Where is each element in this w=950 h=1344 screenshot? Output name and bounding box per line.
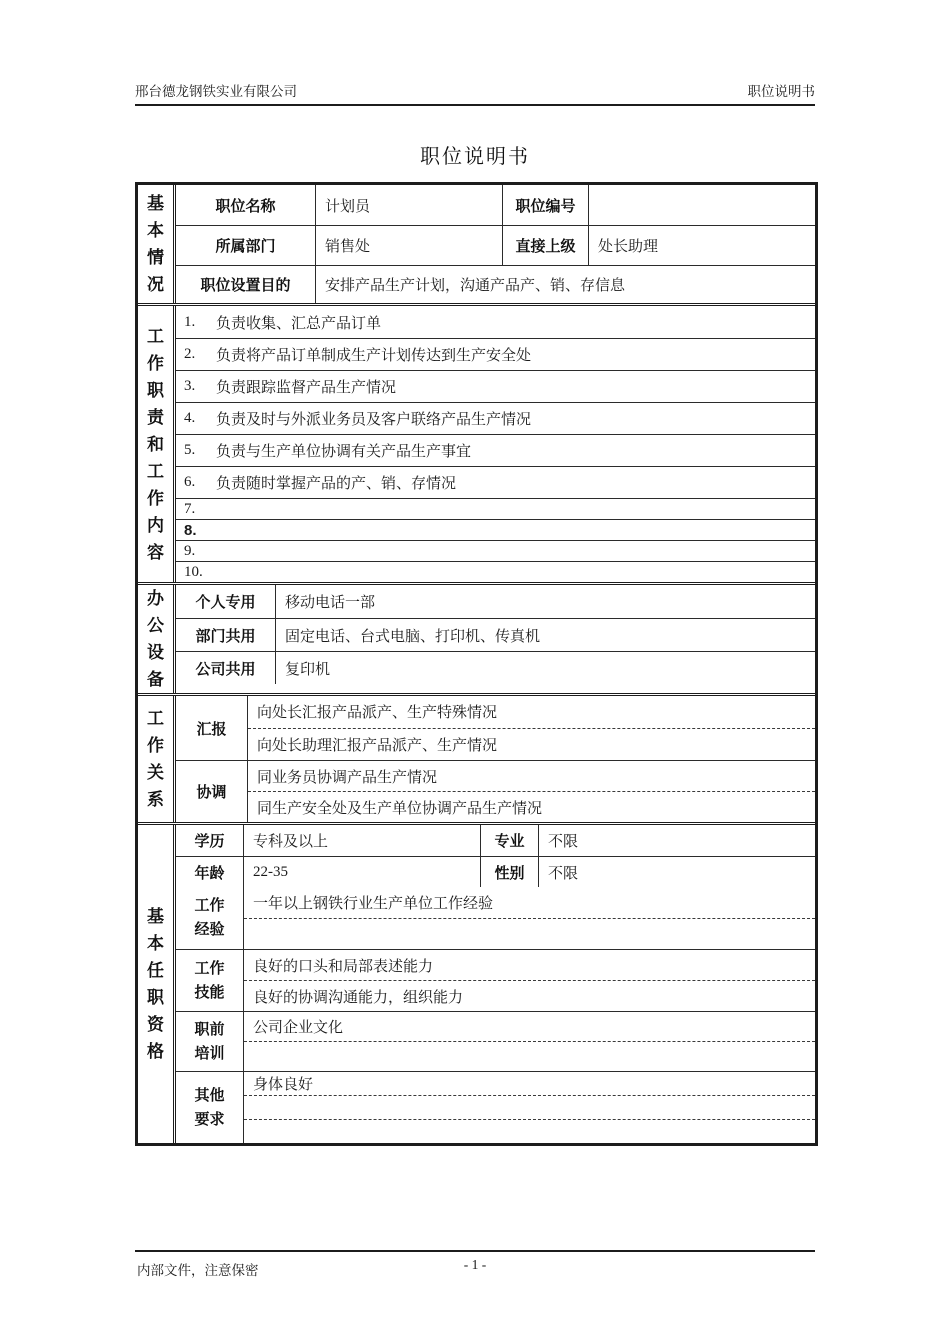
duty-row: 1.负责收集、汇总产品订单 xyxy=(176,306,815,338)
other-requirements-line xyxy=(244,1119,815,1143)
duty-text: 负责跟踪监督产品生产情况 xyxy=(216,376,815,397)
duty-number: 5. xyxy=(176,442,216,459)
report-group: 汇报 向处长汇报产品派产、生产特殊情况 向处长助理汇报产品派产、生产情况 xyxy=(176,696,815,760)
supervisor-value: 处长助理 xyxy=(589,226,815,265)
duty-number: 4. xyxy=(176,410,216,427)
department-value: 销售处 xyxy=(316,226,503,265)
age-label: 年龄 xyxy=(176,857,244,887)
other-requirements-line xyxy=(244,1095,815,1119)
table-row: 职位名称 计划员 职位编号 xyxy=(176,185,815,225)
footer-confidential-note: 内部文件，注意保密 xyxy=(137,1259,259,1279)
experience-label: 工作经验 xyxy=(193,894,227,942)
position-code-value xyxy=(589,185,815,225)
section-qualifications-label: 基本任职资格 xyxy=(147,903,165,1065)
personal-use-label: 个人专用 xyxy=(176,585,276,618)
header-company-name: 邢台德龙钢铁实业有限公司 xyxy=(135,80,297,100)
experience-group: 工作经验 一年以上钢铁行业生产单位工作经验 xyxy=(176,887,815,949)
duty-number: 1. xyxy=(176,314,216,331)
position-name-value: 计划员 xyxy=(316,185,503,225)
job-description-table: 基本情况 职位名称 计划员 职位编号 所属部门 销售处 直接上级 处长助理 职位… xyxy=(135,182,818,1146)
table-row: 公司共用 复印机 xyxy=(176,651,815,684)
coordinate-group: 协调 同业务员协调产品生产情况 同生产安全处及生产单位协调产品生产情况 xyxy=(176,760,815,822)
pre-job-training-line: 公司企业文化 xyxy=(244,1012,815,1041)
duty-row: 2.负责将产品订单制成生产计划传达到生产安全处 xyxy=(176,338,815,370)
duty-row: 5.负责与生产单位协调有关产品生产事宜 xyxy=(176,434,815,466)
table-row: 年龄 22-35 性别 不限 xyxy=(176,856,815,887)
duty-number: 9. xyxy=(176,543,216,560)
duty-row: 4.负责及时与外派业务员及客户联络产品生产情况 xyxy=(176,402,815,434)
education-label: 学历 xyxy=(176,825,244,856)
other-requirements-group: 其他要求 身体良好 xyxy=(176,1071,815,1143)
experience-line: 一年以上钢铁行业生产单位工作经验 xyxy=(244,887,815,918)
duty-number: 6. xyxy=(176,474,216,491)
table-row: 职位设置目的 安排产品生产计划，沟通产品产、销、存信息 xyxy=(176,265,815,303)
coordinate-label: 协调 xyxy=(176,761,248,822)
duty-row: 3.负责跟踪监督产品生产情况 xyxy=(176,370,815,402)
position-code-label: 职位编号 xyxy=(503,185,589,225)
table-row: 学历 专科及以上 专业 不限 xyxy=(176,825,815,856)
page-header: 邢台德龙钢铁实业有限公司 职位说明书 xyxy=(135,80,815,106)
report-line: 向处长汇报产品派产、生产特殊情况 xyxy=(248,696,815,728)
duty-number: 10. xyxy=(176,564,216,581)
section-work-relations: 工作关系 汇报 向处长汇报产品派产、生产特殊情况 向处长助理汇报产品派产、生产情… xyxy=(138,693,815,822)
major-value: 不限 xyxy=(539,825,815,856)
position-purpose-value: 安排产品生产计划，沟通产品产、销、存信息 xyxy=(316,266,815,303)
table-row: 所属部门 销售处 直接上级 处长助理 xyxy=(176,225,815,265)
section-office-equipment: 办公设备 个人专用 移动电话一部 部门共用 固定电话、台式电脑、打印机、传真机 … xyxy=(138,582,815,693)
section-work-relations-label: 工作关系 xyxy=(147,705,165,813)
section-basic-info-label: 基本情况 xyxy=(147,190,165,298)
skills-label: 工作技能 xyxy=(193,957,227,1005)
pre-job-training-line xyxy=(244,1041,815,1071)
duty-text: 负责收集、汇总产品订单 xyxy=(216,312,815,333)
section-qualifications: 基本任职资格 学历 专科及以上 专业 不限 年龄 22-35 性别 不限 工作经… xyxy=(138,822,815,1143)
duty-text: 负责及时与外派业务员及客户联络产品生产情况 xyxy=(216,408,815,429)
duty-row: 6.负责随时掌握产品的产、销、存情况 xyxy=(176,466,815,498)
pre-job-training-label: 职前培训 xyxy=(193,1018,227,1066)
page-footer: 内部文件，注意保密 - 1 - xyxy=(135,1250,815,1273)
section-duties-label: 工作职责和工作内容 xyxy=(147,323,165,566)
gender-value: 不限 xyxy=(539,857,815,887)
company-shared-value: 复印机 xyxy=(276,652,815,684)
header-doc-type: 职位说明书 xyxy=(748,80,816,100)
document-title: 职位说明书 xyxy=(0,140,950,169)
duty-text: 负责随时掌握产品的产、销、存情况 xyxy=(216,472,815,493)
personal-use-value: 移动电话一部 xyxy=(276,585,815,618)
experience-line xyxy=(244,918,815,950)
section-office-equipment-label: 办公设备 xyxy=(147,585,165,693)
position-purpose-label: 职位设置目的 xyxy=(176,266,316,303)
duty-row: 8. xyxy=(176,519,815,540)
table-row: 部门共用 固定电话、台式电脑、打印机、传真机 xyxy=(176,618,815,651)
table-row: 个人专用 移动电话一部 xyxy=(176,585,815,618)
section-basic-info: 基本情况 职位名称 计划员 职位编号 所属部门 销售处 直接上级 处长助理 职位… xyxy=(138,185,815,303)
duty-number: 3. xyxy=(176,378,216,395)
duty-number: 8. xyxy=(176,522,216,539)
department-shared-label: 部门共用 xyxy=(176,619,276,651)
duty-row: 9. xyxy=(176,540,815,561)
position-name-label: 职位名称 xyxy=(176,185,316,225)
other-requirements-line: 身体良好 xyxy=(244,1072,815,1095)
duty-text: 负责与生产单位协调有关产品生产事宜 xyxy=(216,440,815,461)
coordinate-line: 同生产安全处及生产单位协调产品生产情况 xyxy=(248,791,815,822)
company-shared-label: 公司共用 xyxy=(176,652,276,684)
duty-text: 负责将产品订单制成生产计划传达到生产安全处 xyxy=(216,344,815,365)
gender-label: 性别 xyxy=(481,857,539,887)
report-line: 向处长助理汇报产品派产、生产情况 xyxy=(248,728,815,761)
department-label: 所属部门 xyxy=(176,226,316,265)
report-label: 汇报 xyxy=(176,696,248,760)
skills-line: 良好的口头和局部表述能力 xyxy=(244,950,815,980)
department-shared-value: 固定电话、台式电脑、打印机、传真机 xyxy=(276,619,815,651)
document-page: 邢台德龙钢铁实业有限公司 职位说明书 职位说明书 基本情况 职位名称 计划员 职… xyxy=(0,0,950,1344)
skills-line: 良好的协调沟通能力，组织能力 xyxy=(244,980,815,1011)
duty-number: 7. xyxy=(176,501,216,518)
skills-group: 工作技能 良好的口头和局部表述能力 良好的协调沟通能力，组织能力 xyxy=(176,949,815,1011)
duty-row: 10. xyxy=(176,561,815,582)
major-label: 专业 xyxy=(481,825,539,856)
age-value: 22-35 xyxy=(244,857,481,887)
duty-number: 2. xyxy=(176,346,216,363)
coordinate-line: 同业务员协调产品生产情况 xyxy=(248,761,815,791)
supervisor-label: 直接上级 xyxy=(503,226,589,265)
pre-job-training-group: 职前培训 公司企业文化 xyxy=(176,1011,815,1071)
section-duties: 工作职责和工作内容 1.负责收集、汇总产品订单 2.负责将产品订单制成生产计划传… xyxy=(138,303,815,582)
duty-row: 7. xyxy=(176,498,815,519)
education-value: 专科及以上 xyxy=(244,825,481,856)
other-requirements-label: 其他要求 xyxy=(193,1084,227,1132)
